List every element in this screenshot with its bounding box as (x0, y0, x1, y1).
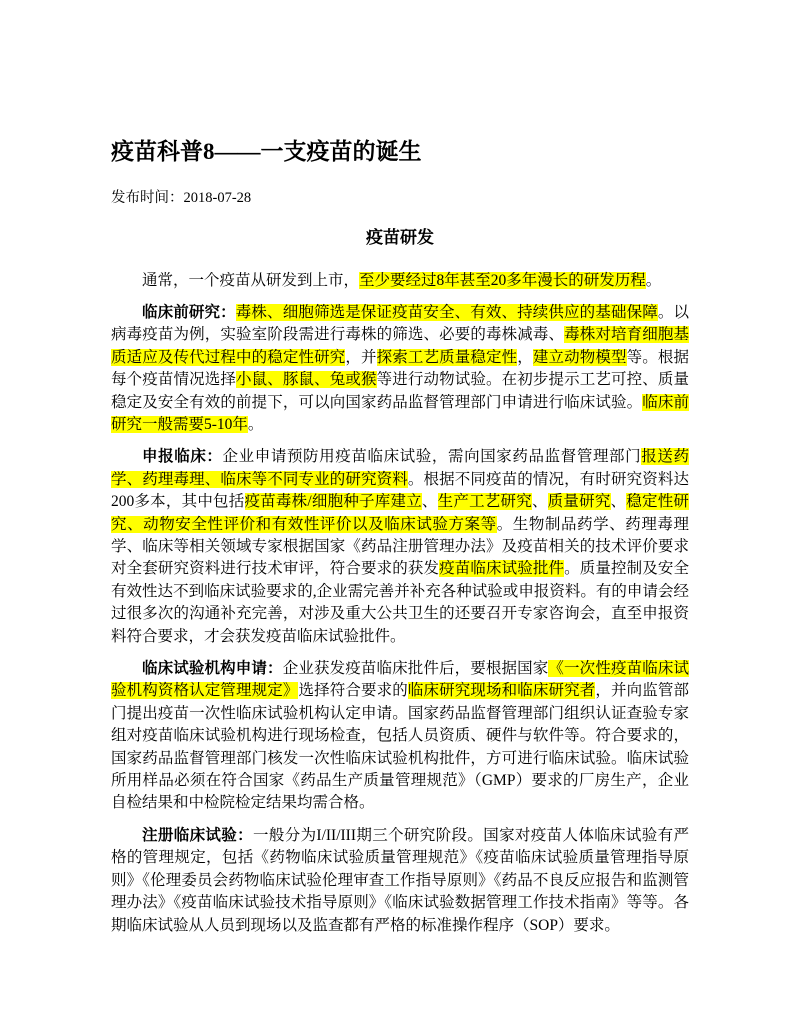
text-run: 。 (248, 416, 264, 433)
text-run: 。 (646, 272, 662, 289)
paragraph: 申报临床：企业申请预防用疫苗临床试验，需向国家药品监督管理部门报送药学、药理毒理… (111, 446, 689, 648)
paragraph: 注册临床试验：一般分为I/II/III期三个研究阶段。国家对疫苗人体临床试验有严… (111, 825, 689, 937)
text-run: 企业申请预防用疫苗临床试验，需向国家药品监督管理部门 (223, 448, 642, 465)
highlighted-text: 至少要经过8年甚至20多年漫长的研发历程 (359, 272, 646, 289)
text-run: 选择符合要求的 (298, 682, 407, 699)
paragraph-lead-bold: 申报临床： (142, 448, 223, 465)
highlighted-text: 临床研究现场和临床研究者 (408, 682, 595, 699)
paragraph-lead-bold: 临床试验机构申请： (142, 660, 283, 677)
text-run: 通常，一个疫苗从研发到上市， (142, 272, 359, 289)
highlighted-text: 疫苗临床试验批件 (439, 560, 564, 577)
publish-date: 发布时间：2018-07-28 (111, 189, 689, 209)
publish-date-value: 2018-07-28 (184, 190, 252, 206)
highlighted-text: 生产工艺研究 (438, 493, 532, 510)
paragraph: 临床前研究：毒株、细胞筛选是保证疫苗安全、有效、持续供应的基础保障。以病毒疫苗为… (111, 302, 689, 436)
highlighted-text: 质量研究 (548, 493, 611, 510)
page-title: 疫苗科普8——一支疫苗的诞生 (111, 138, 689, 166)
text-run: 、 (532, 493, 548, 510)
section-heading: 疫苗研发 (111, 228, 689, 248)
text-run: ，并向监管部门提出疫苗一次性临床试验机构认定申请。国家药品监督管理部门组织认证查… (111, 682, 689, 811)
publish-date-label: 发布时间： (111, 190, 184, 206)
text-run: 、 (611, 493, 627, 510)
text-run: 企业获发疫苗临床批件后，要根据国家 (283, 660, 549, 677)
text-run: ，并 (345, 349, 376, 366)
highlighted-text: 建立动物模型 (533, 349, 627, 366)
document-page: 疫苗科普8——一支疫苗的诞生 发布时间：2018-07-28 疫苗研发 通常，一… (111, 0, 689, 937)
highlighted-text: 毒株、细胞筛选是保证疫苗安全、有效、持续供应的基础保障 (236, 304, 658, 321)
paragraph: 临床试验机构申请：企业获发疫苗临床批件后，要根据国家《一次性疫苗临床试验机构资格… (111, 658, 689, 815)
text-run: 、 (422, 493, 438, 510)
highlighted-text: 探索工艺质量稳定性 (377, 349, 518, 366)
highlighted-text: 疫苗毒株/细胞种子库建立 (245, 493, 422, 510)
paragraph: 通常，一个疫苗从研发到上市，至少要经过8年甚至20多年漫长的研发历程。 (111, 270, 689, 292)
paragraph-lead-bold: 注册临床试验： (142, 827, 253, 844)
paragraph-lead-bold: 临床前研究： (142, 304, 236, 321)
article-body: 通常，一个疫苗从研发到上市，至少要经过8年甚至20多年漫长的研发历程。临床前研究… (111, 270, 689, 937)
highlighted-text: 小鼠、豚鼠、兔或猴 (236, 371, 377, 388)
text-run: ， (517, 349, 533, 366)
